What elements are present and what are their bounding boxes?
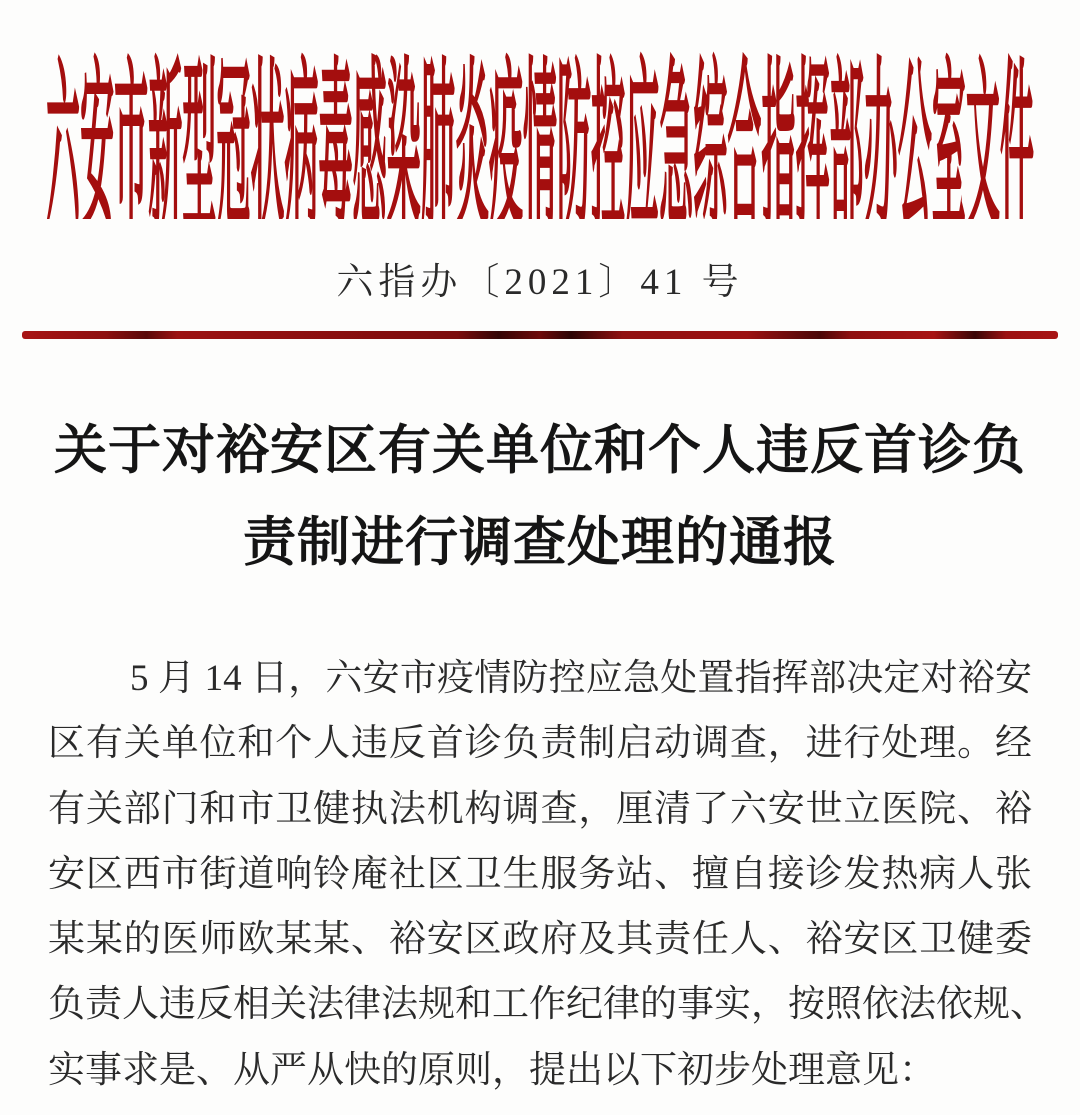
- body-line: 某某的医师欧某某、裕安区政府及其责任人、裕安区卫健委: [48, 907, 1032, 972]
- red-header-banner: 六安市新型冠状病毒感染肺炎疫情防控应急综合指挥部办公室文件: [44, 24, 1036, 219]
- body-line: 区有关单位和个人违反首诊负责制启动调查，进行处理。经: [48, 711, 1032, 776]
- body-line: 5 月 14 日，六安市疫情防控应急处置指挥部决定对裕安: [48, 646, 1032, 711]
- body-line: 实事求是、从严从快的原则，提出以下初步处理意见：: [48, 1038, 1032, 1103]
- document-title: 关于对裕安区有关单位和个人违反首诊负 责制进行调查处理的通报: [48, 405, 1032, 589]
- body-line: 负责人违反相关法律法规和工作纪律的事实，按照依法依规、: [48, 972, 1032, 1037]
- red-divider-line: [22, 331, 1058, 339]
- document-title-line1: 关于对裕安区有关单位和个人违反首诊负: [48, 405, 1032, 497]
- document-number: 六指办〔2021〕41 号: [0, 261, 1080, 304]
- document-title-line2: 责制进行调查处理的通报: [48, 497, 1032, 589]
- body-line: 有关部门和市卫健执法机构调查，厘清了六安世立医院、裕: [48, 777, 1032, 842]
- body-line: 安区西市街道响铃庵社区卫生服务站、擅自接诊发热病人张: [48, 842, 1032, 907]
- red-header-banner-text: 六安市新型冠状病毒感染肺炎疫情防控应急综合指挥部办公室文件: [46, 47, 1034, 219]
- document-page: 六安市新型冠状病毒感染肺炎疫情防控应急综合指挥部办公室文件 六指办〔2021〕4…: [0, 0, 1080, 1115]
- document-body: 5 月 14 日，六安市疫情防控应急处置指挥部决定对裕安 区有关单位和个人违反首…: [48, 646, 1032, 1103]
